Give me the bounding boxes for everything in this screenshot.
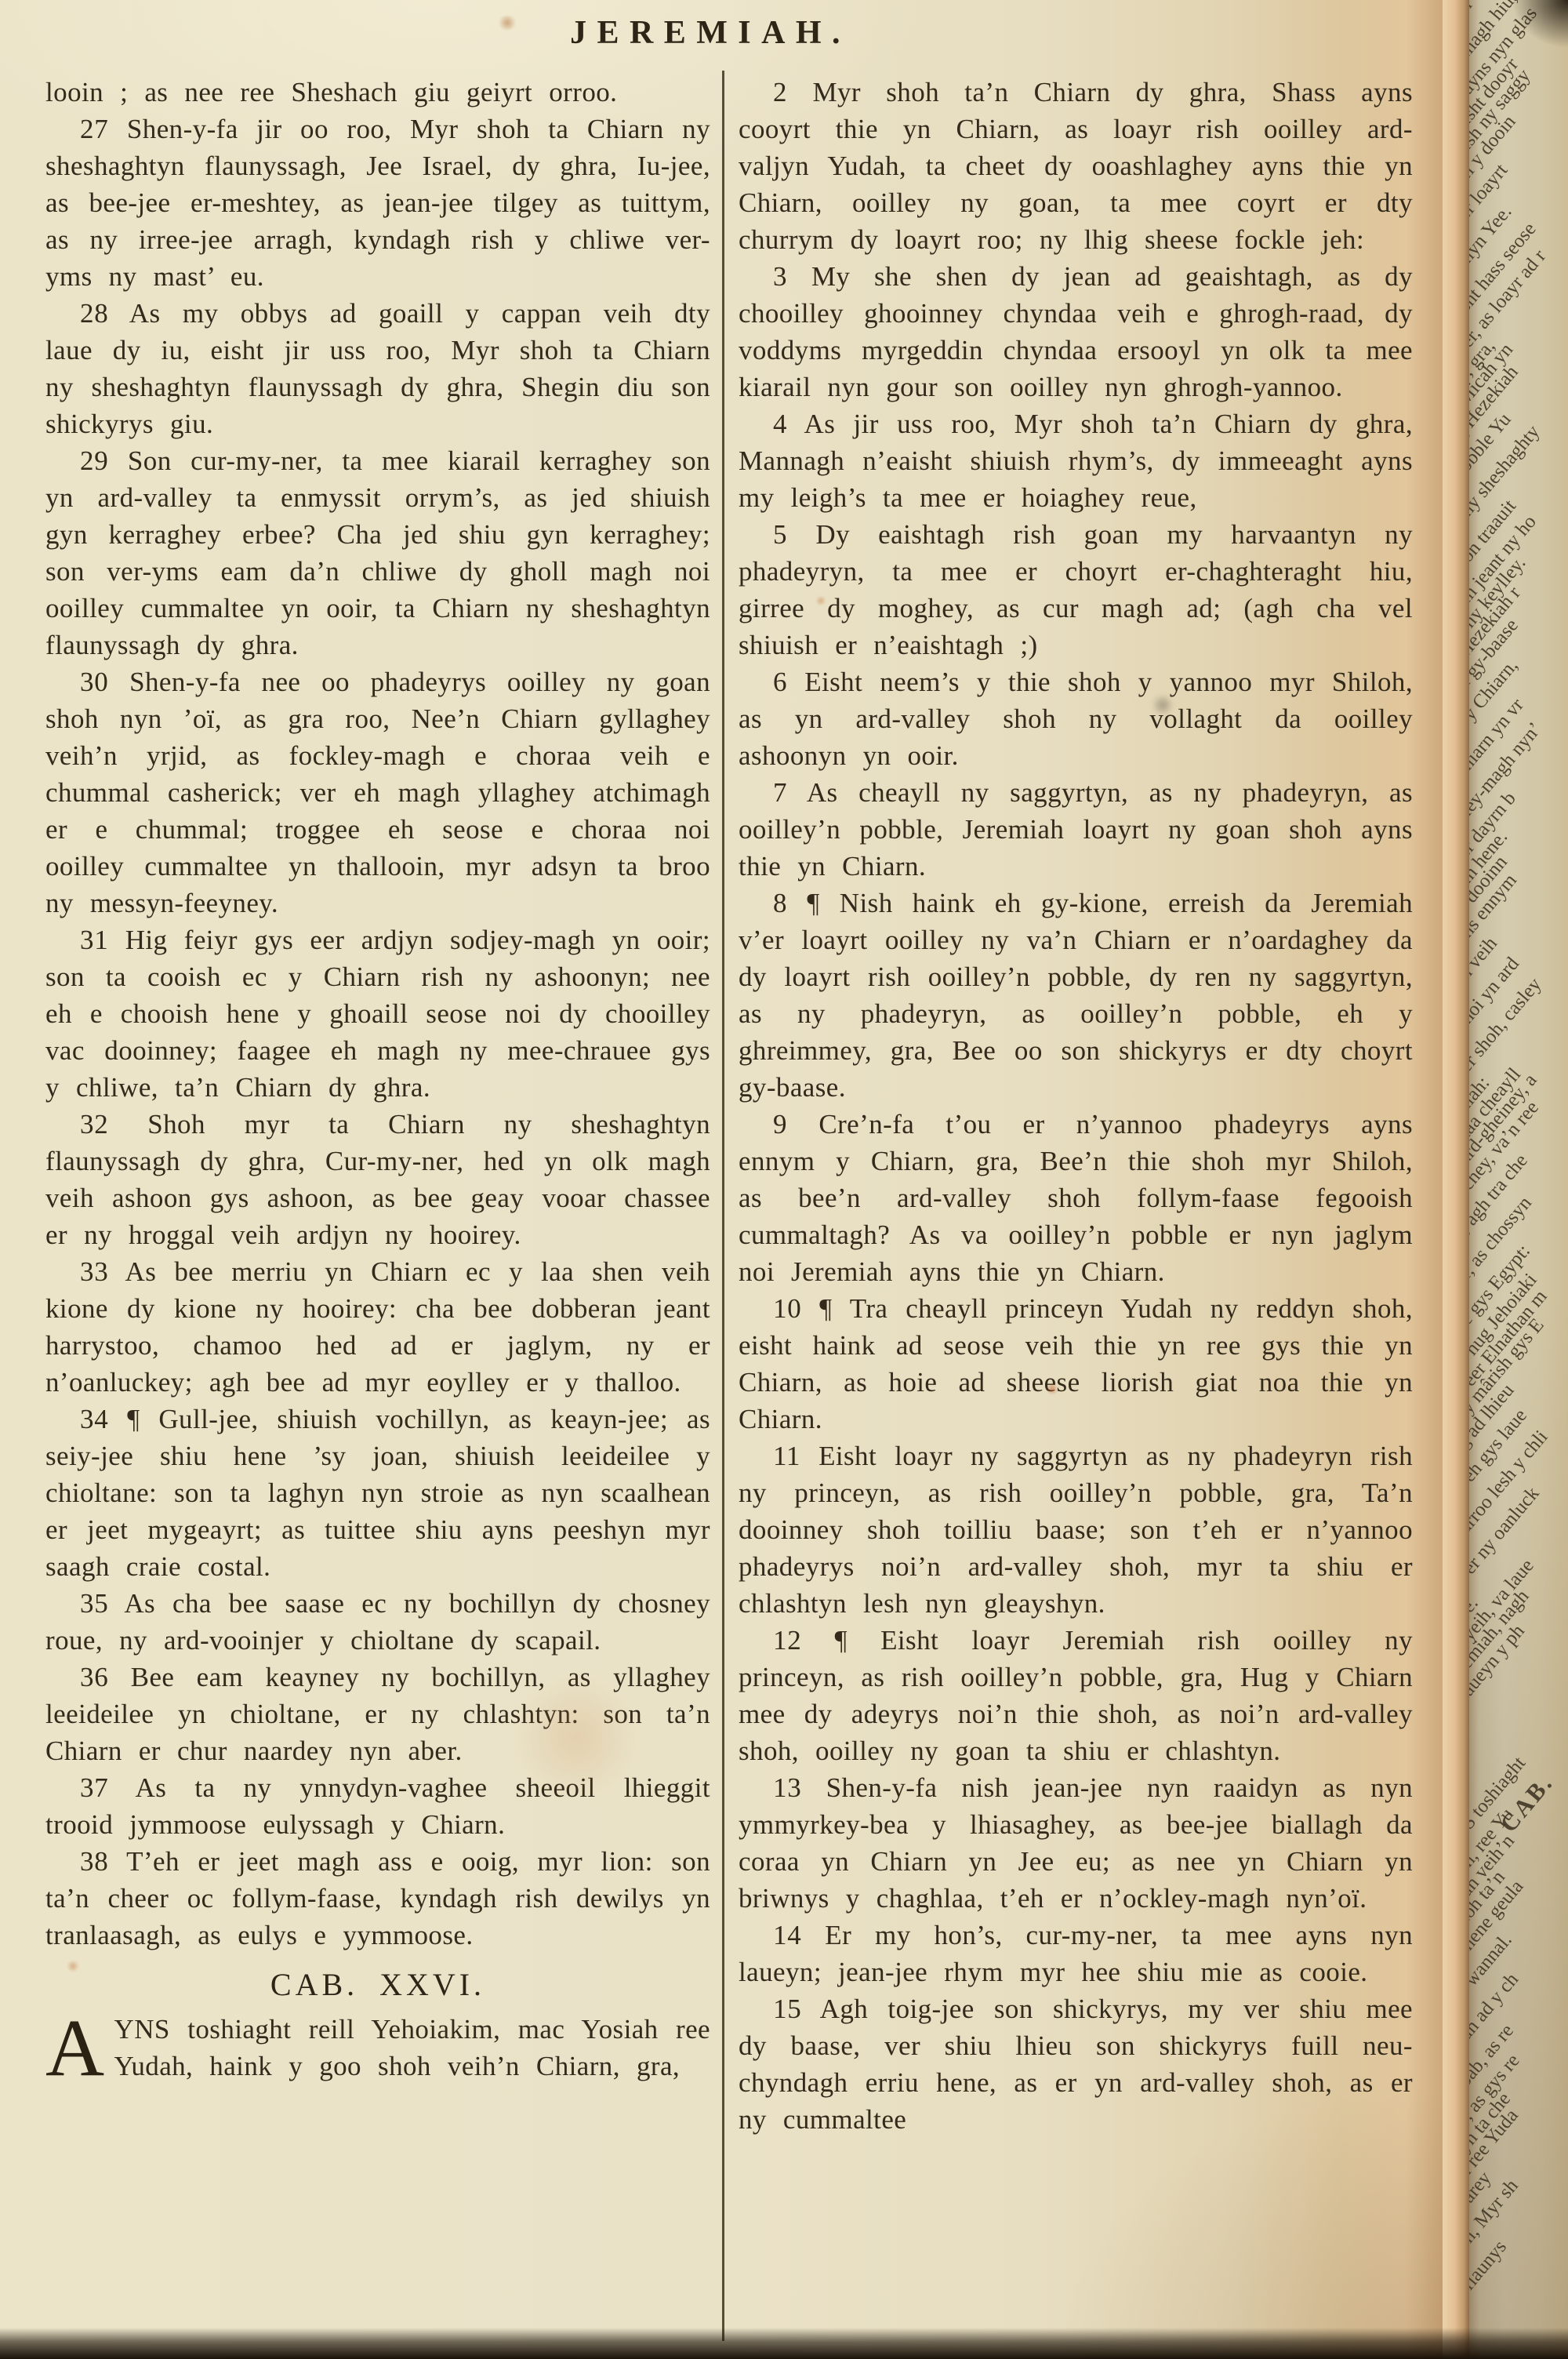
verse: 31 Hig feiyr gys eer ardjyn sodjey-magh … [45,921,710,1106]
verse: 34 ¶ Gull-jee, shiuish vochillyn, as kea… [45,1401,710,1585]
verse: 13 Shen-y-fa nish jean-jee nyn raaidyn a… [739,1769,1413,1917]
verse: 2 Myr shoh ta’n Chiarn dy ghra, Shass ay… [739,74,1413,258]
verse-number: 33 [80,1256,108,1287]
verse: 15 Agh toig-jee son shickyrys, my ver sh… [739,1990,1413,2138]
facing-page-edge: eck: son dy firrinmish magh hiu, dshoh a… [1469,0,1568,2359]
page-gutter-curl [1443,0,1469,2359]
verse-number: 8 [773,888,787,918]
right-text-column: 2 Myr shoh ta’n Chiarn dy ghra, Shass ay… [739,74,1413,2334]
verse: 33 As bee merriu yn Chiarn ec y laa shen… [45,1253,710,1401]
chapter-intro: AYNS toshiaght reill Yehoiakim, mac Yosi… [45,2011,710,2085]
verse: 37 As ta ny ynnydyn-vaghee sheeoil lhieg… [45,1769,710,1843]
verse-number: 28 [80,298,108,329]
verse: 6 Eisht neem’s y thie shoh y yannoo myr … [739,663,1413,774]
verse: 4 As jir uss roo, Myr shoh ta’n Chiarn d… [739,405,1413,516]
verse-number: 29 [80,445,108,476]
verse: 32 Shoh myr ta Chiarn ny sheshaghtyn fla… [45,1106,710,1253]
verse: 30 Shen-y-fa nee oo phadeyrys ooilley ny… [45,663,710,921]
verse: 10 ¶ Tra cheayll princeyn Yudah ny reddy… [739,1290,1413,1438]
book-page: JEREMIAH. looin ; as nee ree Sheshach gi… [0,0,1443,2359]
verse-number: 14 [773,1920,801,1950]
verse: 7 As cheayll ny saggyrtyn, as ny phadeyr… [739,774,1413,885]
chapter-heading: CAB. XXVI. [45,1966,710,2003]
verse: 28 As my obbys ad goaill y cappan veih d… [45,295,710,442]
verse-number: 12 [773,1625,801,1656]
verse: 38 T’eh er jeet magh ass e ooig, myr lio… [45,1843,710,1954]
verse: 27 Shen-y-fa jir oo roo, Myr shoh ta Chi… [45,111,710,295]
drop-cap: A [45,2016,105,2081]
left-text-column: looin ; as nee ree Sheshach giu geiyrt o… [45,74,710,2334]
verse-number: 7 [773,777,787,808]
verse-number: 37 [80,1772,108,1803]
verse-number: 9 [773,1109,787,1140]
verse: 9 Cre’n-fa t’ou er n’yannoo phadeyrys ay… [739,1106,1413,1290]
verse-number: 36 [80,1662,108,1692]
book-bottom-shadow [0,2328,1568,2359]
book-corner-shadow [1513,0,1568,47]
verse: 5 Dy eaishtagh rish goan my harvaantyn n… [739,516,1413,663]
verse-number: 10 [773,1293,801,1324]
verse: 14 Er my hon’s, cur-my-ner, ta mee ayns … [739,1917,1413,1990]
running-head: JEREMIAH. [0,14,1421,52]
verse-number: 34 [80,1404,108,1434]
verse-number: 35 [80,1588,108,1619]
verse-number: 38 [80,1846,108,1877]
verse-number: 30 [80,667,108,697]
facing-page-text-fragment: aghtyn flaunys [1469,2237,1512,2339]
column-divider-rule [722,71,724,2341]
verse-number: 15 [773,1994,801,2024]
verse: 35 As cha bee saase ec ny bochillyn dy c… [45,1585,710,1659]
verse-number: 32 [80,1109,108,1140]
verse-number: 11 [773,1441,800,1471]
verse-number: 13 [773,1772,801,1803]
verse: 11 Eisht loayr ny saggyrtyn as ny phadey… [739,1438,1413,1622]
verse-number: 2 [773,77,787,107]
continuation-line: looin ; as nee ree Sheshach giu geiyrt o… [45,74,710,111]
verse-number: 5 [773,519,787,550]
verse: 12 ¶ Eisht loayr Jeremiah rish ooilley n… [739,1622,1413,1769]
verse-number: 27 [80,114,108,144]
verse-number: 4 [773,409,787,439]
verse: 29 Son cur-my-ner, ta mee kiarail kerrag… [45,442,710,663]
verse: 3 My she shen dy jean ad geaishtagh, as … [739,258,1413,405]
verse: 36 Bee eam keayney ny bochillyn, as ylla… [45,1659,710,1769]
verse-number: 31 [80,925,108,955]
verse-number: 6 [773,667,787,697]
verse-number: 3 [773,261,787,292]
verse: 8 ¶ Nish haink eh gy-kione, erreish da J… [739,885,1413,1106]
